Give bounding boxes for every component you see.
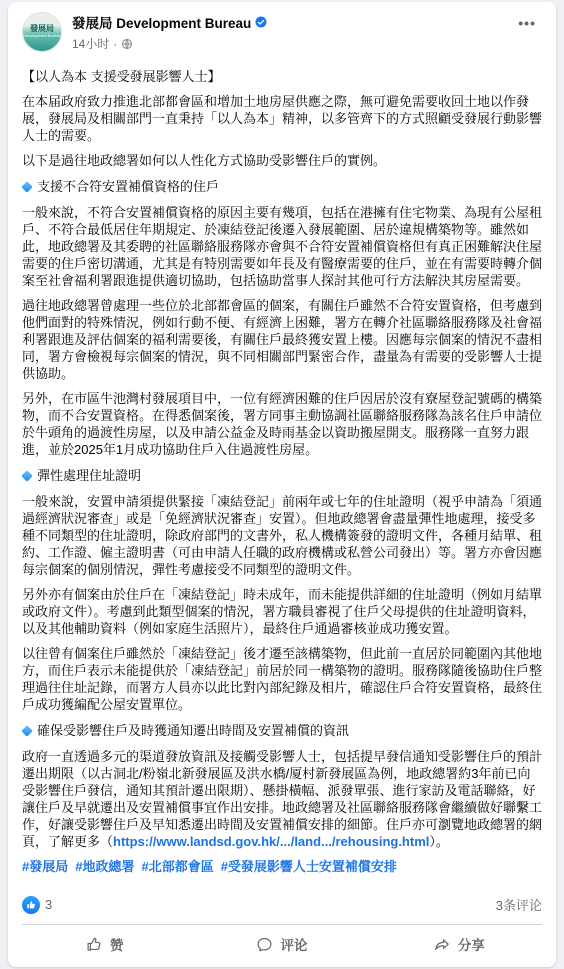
like-count[interactable]: 3 (45, 897, 52, 912)
post-paragraph: 另外亦有個案由於住戶在「凍結登記」時未成年，而未能提供詳細的住址證明（例如月結單… (22, 586, 542, 637)
post-paragraph: 政府一直透過多元的渠道發放資訊及接觸受影響人士，包括提早發信通知受影響住戶的預計… (22, 748, 542, 850)
post-paragraph: 【以人為本 支援受發展影響人士】 (22, 68, 542, 85)
privacy-public-icon (121, 38, 133, 50)
avatar-text-cn: 發展局 (30, 25, 54, 33)
comment-button-label: 评论 (280, 934, 307, 954)
post-paragraph: 在本届政府致力推進北部都會區和增加土地房屋供應之際，無可避免需要收回土地以作發展… (22, 93, 542, 144)
page-background: 發展局 Development Bureau 發展局 Development B… (0, 0, 564, 969)
post-paragraph: 一般來說，安置申請須提供緊接「凍結登記」前兩年或七年的住址證明（視乎申請為「須通… (22, 493, 542, 578)
share-button[interactable]: 分享 (371, 927, 548, 961)
timestamp[interactable]: 14小时 (72, 35, 109, 52)
comment-bubble-icon (256, 936, 273, 953)
post-paragraph: 以下是過往地政總署如何以人性化方式協助受影響住戶的實例。 (22, 152, 542, 169)
avatar-text-en: Development Bureau (23, 34, 61, 39)
hashtag-link[interactable]: #地政總署 (75, 859, 134, 874)
hashtags-row: #發展局#地政總署#北部都會區#受發展影響人士安置補償安排 (22, 858, 542, 875)
post-body: 【以人為本 支援受發展影響人士】在本届政府致力推進北部都會區和增加土地房屋供應之… (8, 56, 556, 887)
paren-close: ）。 (429, 834, 449, 849)
separator-dot: · (113, 37, 117, 51)
comments-summary[interactable]: 3条评论 (496, 895, 542, 914)
post-header: 發展局 Development Bureau 發展局 Development B… (8, 2, 556, 56)
hashtag-link[interactable]: #發展局 (22, 859, 68, 874)
like-button-label: 赞 (110, 934, 124, 954)
page-name[interactable]: 發展局 Development Bureau (72, 12, 251, 32)
social-counts-row: 3 3条评论 (8, 887, 556, 924)
post-section-heading: 彈性處理住址證明 (22, 467, 542, 484)
verified-badge-icon (255, 16, 267, 28)
facebook-post-card: 發展局 Development Bureau 發展局 Development B… (8, 2, 556, 967)
post-section-heading-text: 支援不合符安置補償資格的住戶 (37, 178, 219, 195)
paren-open: （ (100, 834, 113, 849)
avatar[interactable]: 發展局 Development Bureau (22, 12, 62, 52)
reactions-count[interactable]: 3 (22, 896, 52, 914)
post-paragraph: 一般來說，不符合安置補償資格的原因主要有幾項，包括在港擁有住宅物業、為現有公屋租… (22, 204, 542, 289)
blue-diamond-icon (21, 470, 33, 482)
post-paragraph: 過往地政總署曾處理一些位於北部都會區的個案，有關住戶雖然不合符安置資格，但考慮到… (22, 297, 542, 382)
share-button-label: 分享 (458, 934, 485, 954)
comment-button[interactable]: 评论 (193, 927, 370, 961)
blue-diamond-icon (21, 181, 33, 193)
like-button[interactable]: 赞 (16, 927, 193, 961)
thumbs-up-icon (86, 936, 103, 953)
post-section-heading-text: 確保受影響住戶及時獲通知遷出時間及安置補償的資訊 (37, 722, 349, 739)
like-reaction-icon (22, 896, 40, 914)
rehousing-url-link[interactable]: https://www.landsd.gov.hk/.../land.../re… (113, 834, 429, 849)
share-arrow-icon (434, 936, 451, 953)
action-bar: 赞 评论 分享 (8, 925, 556, 963)
post-section-heading: 確保受影響住戶及時獲通知遷出時間及安置補償的資訊 (22, 722, 542, 739)
more-options-button[interactable]: ••• (512, 12, 542, 34)
blue-diamond-icon (21, 725, 33, 737)
post-paragraph: 另外，在市區牛池灣村發展項目中，一位有經濟困難的住戶因居於沒有寮屋登記號碼的構築… (22, 390, 542, 458)
post-paragraph: 以往曾有個案住戶雖然於「凍結登記」後才遷至該構築物，但此前一直居於同範圍內其他地… (22, 645, 542, 713)
hashtag-link[interactable]: #受發展影響人士安置補償安排 (221, 859, 397, 874)
post-section-heading-text: 彈性處理住址證明 (37, 467, 141, 484)
hashtag-link[interactable]: #北部都會區 (141, 859, 213, 874)
post-section-heading: 支援不合符安置補償資格的住戶 (22, 178, 542, 195)
